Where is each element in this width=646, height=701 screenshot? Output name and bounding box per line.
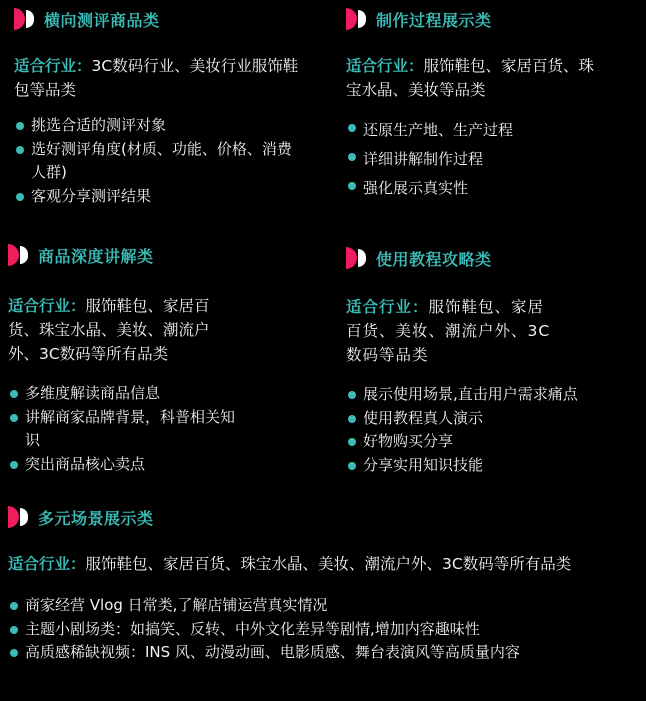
list-item: 使用教程真人演示 xyxy=(346,407,636,431)
list-item: 详细讲解制作过程 xyxy=(346,145,596,174)
list-item: 高质感稀缺视频：INS 风、动漫动画、电影质感、舞台表演风等高质量内容 xyxy=(8,641,628,665)
list-item: 主题小剧场类：如搞笑、反转、中外文化差异等剧情,增加内容趣味性 xyxy=(8,618,628,642)
section-horizontal-review: 横向测评商品类 适合行业：3C数码行业、美妆行业服饰鞋包等品类 挑选合适的测评对… xyxy=(14,6,304,208)
industry-text: 适合行业：服饰鞋包、家居百货、珠宝水晶、美妆、潮流户外、3C数码等所有品类 xyxy=(8,552,598,576)
industry-text: 适合行业：服饰鞋包、家居百货、美妆、潮流户外、3C数码等品类 xyxy=(346,295,556,367)
industry-label: 适合行业： xyxy=(14,57,92,75)
section-title: 横向测评商品类 xyxy=(44,8,160,31)
section-header: 横向测评商品类 xyxy=(14,6,304,32)
list-item: 还原生产地、生产过程 xyxy=(346,116,596,145)
section-production-process: 制作过程展示类 适合行业：服饰鞋包、家居百货、珠宝水晶、美妆等品类 还原生产地、… xyxy=(346,6,596,203)
bullet-list: 挑选合适的测评对象 选好测评角度(材质、功能、价格、消费人群) 客观分享测评结果 xyxy=(14,114,304,208)
industry-label: 适合行业： xyxy=(346,57,424,75)
industry-value: 服饰鞋包、家居百货、珠宝水晶、美妆、潮流户外、3C数码等所有品类 xyxy=(86,555,572,573)
section-title: 商品深度讲解类 xyxy=(38,244,154,267)
section-header: 多元场景展示类 xyxy=(8,504,628,530)
brand-logo-icon xyxy=(346,247,368,269)
brand-logo-icon xyxy=(346,8,368,30)
section-title: 多元场景展示类 xyxy=(38,506,154,529)
brand-logo-icon xyxy=(8,244,30,266)
list-item: 多维度解读商品信息 xyxy=(8,382,238,406)
section-multi-scene: 多元场景展示类 适合行业：服饰鞋包、家居百货、珠宝水晶、美妆、潮流户外、3C数码… xyxy=(8,504,628,665)
brand-logo-icon xyxy=(14,8,36,30)
list-item: 商家经营 Vlog 日常类,了解店铺运营真实情况 xyxy=(8,594,628,618)
list-item: 客观分享测评结果 xyxy=(14,185,304,209)
list-item: 选好测评角度(材质、功能、价格、消费人群) xyxy=(14,138,304,185)
bullet-list: 多维度解读商品信息 讲解商家品牌背景，科普相关知识 突出商品核心卖点 xyxy=(8,382,238,476)
list-item: 分享实用知识技能 xyxy=(346,454,636,478)
section-header: 使用教程攻略类 xyxy=(346,245,636,271)
industry-label: 适合行业： xyxy=(8,555,86,573)
bullet-list: 还原生产地、生产过程 详细讲解制作过程 强化展示真实性 xyxy=(346,116,596,203)
bullet-list: 商家经营 Vlog 日常类,了解店铺运营真实情况 主题小剧场类：如搞笑、反转、中… xyxy=(8,594,628,665)
list-item: 突出商品核心卖点 xyxy=(8,453,238,477)
section-usage-tutorial: 使用教程攻略类 适合行业：服饰鞋包、家居百货、美妆、潮流户外、3C数码等品类 展… xyxy=(346,245,636,477)
list-item: 讲解商家品牌背景，科普相关知识 xyxy=(8,406,238,453)
list-item: 展示使用场景,直击用户需求痛点 xyxy=(346,383,636,407)
list-item: 好物购买分享 xyxy=(346,430,636,454)
list-item: 强化展示真实性 xyxy=(346,174,596,203)
section-title: 使用教程攻略类 xyxy=(376,247,492,270)
section-header: 制作过程展示类 xyxy=(346,6,596,32)
bullet-list: 展示使用场景,直击用户需求痛点 使用教程真人演示 好物购买分享 分享实用知识技能 xyxy=(346,383,636,477)
industry-text: 适合行业：服饰鞋包、家居百货、珠宝水晶、美妆、潮流户外、3C数码等所有品类 xyxy=(8,294,238,366)
section-product-deep-dive: 商品深度讲解类 适合行业：服饰鞋包、家居百货、珠宝水晶、美妆、潮流户外、3C数码… xyxy=(8,242,238,476)
industry-label: 适合行业： xyxy=(8,297,86,315)
industry-text: 适合行业：3C数码行业、美妆行业服饰鞋包等品类 xyxy=(14,54,304,102)
section-header: 商品深度讲解类 xyxy=(8,242,238,268)
industry-text: 适合行业：服饰鞋包、家居百货、珠宝水晶、美妆等品类 xyxy=(346,54,596,102)
brand-logo-icon xyxy=(8,506,30,528)
section-title: 制作过程展示类 xyxy=(376,8,492,31)
industry-label: 适合行业： xyxy=(346,298,429,316)
list-item: 挑选合适的测评对象 xyxy=(14,114,304,138)
